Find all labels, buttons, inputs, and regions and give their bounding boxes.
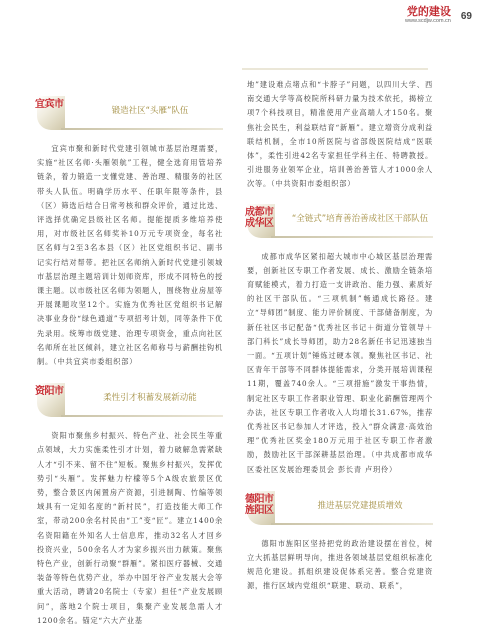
section-title: 推进基层党建提质增效 [287, 499, 433, 511]
section-title: 锻造社区“头雁”队伍 [77, 104, 223, 116]
city-line: 德阳市 [245, 494, 274, 505]
section-header-yibin: 宜宾市 锻造社区“头雁”队伍 [37, 96, 223, 130]
section-title: “全链式”培育善治善成社区干部队伍 [287, 212, 433, 224]
section-rule [271, 523, 433, 525]
logo-url: www.scdjw.com.cn [405, 18, 451, 25]
left-column: 宜宾市 锻造社区“头雁”队伍 宜宾市聚和新时代党建引领城市基层治理需要，实施“社… [37, 96, 223, 628]
city-line: 成都市 [245, 207, 274, 218]
page-header: 党的建设 www.scdjw.com.cn 69 [405, 6, 472, 30]
section-header-chenghua: 成都市 成华区 “全链式”培育善治善成社区干部队伍 [247, 204, 433, 238]
section-rule [271, 236, 433, 238]
section-body: 宜宾市聚和新时代党建引领城市基层治理需要，实施“社区名师·头雁领航”工程，健全选… [37, 142, 223, 369]
section-city: 资阳市 [35, 386, 64, 397]
section-city: 宜宾市 [35, 99, 64, 110]
city-line: 成华区 [245, 218, 274, 229]
section-header-ziyang: 资阳市 柔性引才积蓄发展新动能 [37, 383, 223, 417]
top-divider [242, 68, 428, 70]
section-body: 成都市成华区紧扣超大城市中心城区基层治理需要，创新社区专职工作者发展、成长、激励… [247, 250, 433, 477]
section-rule [61, 128, 223, 130]
city-line: 旌阳区 [245, 505, 274, 516]
continuation-text: 地”建设难点堵点和“卡脖子”问题，以四川大学、西南交通大学等高校院所科研力量为技… [247, 78, 433, 192]
section-header-jingyang: 德阳市 旌阳区 推进基层党建提质增效 [247, 491, 433, 525]
logo-text: 党的建设 [407, 6, 451, 18]
magazine-logo: 党的建设 www.scdjw.com.cn [405, 6, 451, 25]
section-body: 德阳市旌阳区坚持把党的政治建设摆在首位，树立大抓基层鲜明导向，推进各领域基层党组… [247, 537, 433, 594]
right-column: 地”建设难点堵点和“卡脖子”问题，以四川大学、西南交通大学等高校院所科研力量为技… [247, 78, 433, 594]
page-number: 69 [461, 11, 472, 22]
section-body: 资阳市聚焦乡村振兴、特色产业、社会民生等重点领域，大力实施柔性引才计划，着力破解… [37, 429, 223, 628]
section-title: 柔性引才积蓄发展新动能 [77, 391, 223, 403]
section-city: 成都市 成华区 [245, 207, 274, 229]
section-city: 德阳市 旌阳区 [245, 494, 274, 516]
section-rule [61, 415, 223, 417]
